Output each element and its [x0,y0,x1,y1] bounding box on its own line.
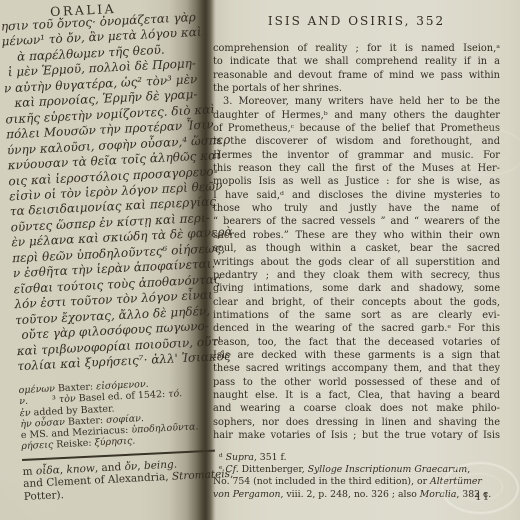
paragraph: 3. Moreover, many writers have held her … [213,95,500,442]
text-line: the portals of her shrines. [213,82,500,95]
text-line: No. 754 (not included in the third editi… [213,476,503,488]
text-line: I have said,ᵈ and discloses the divine m… [213,189,500,202]
text-line: pass to the other world possessed of the… [213,376,500,389]
text-line: sophers, nor does dressing in linen and … [213,416,500,429]
text-line: naught else. It is a fact, Clea, that ha… [213,389,500,402]
greek-body-text: ησιν τοῦ ὄντος· ὀνομάζεται γὰρμένων¹ τὸ … [1,10,211,374]
text-line: is the discoverer of wisdom and forethou… [213,135,500,148]
text-line: reason, too, the fact that the deceased … [213,336,500,349]
text-line: mopolis Isis as well as Justice : for sh… [213,175,500,188]
text-line: and wearing a coarse cloak does not make… [213,402,500,415]
text-line: of Prometheus,ᶜ because of the belief th… [213,122,500,135]
right-page-footnotes: ᵈ Supra, 351 f. ᵉ Cf. Dittenberger, Syll… [213,452,503,501]
text-line: pedantry ; and they cloak them with secr… [213,269,500,282]
text-line: soul, as though within a casket, bear th… [213,242,500,255]
text-line: those who truly and justly have the name… [213,202,500,215]
text-line: ᵈ Supra, 351 f. [213,452,503,464]
page-number: 11 [475,491,490,503]
text-line: giving intimations, some dark and shadow… [213,282,500,295]
paragraph: comprehension of reality ; for it is nam… [213,42,500,95]
text-line: Hermes the inventor of grammar and music… [213,149,500,162]
text-line: hair make votaries of Isis ; but the tru… [213,429,500,442]
text-line: intimations of the same sort as are clea… [213,309,500,322]
text-line: von Pergamon, viii. 2, p. 248, no. 326 ;… [213,489,503,501]
right-page-header: ISIS AND OSIRIS, 352 [213,14,500,28]
text-line: “ bearers of the sacred vessels ” and “ … [213,215,500,228]
text-line: these sacred writings accompany them, an… [213,362,500,375]
critical-apparatus: ομένων Baxter: εἰσόμενον.ν. ³ τὸν Basel … [18,375,231,453]
text-line: to indicate that we shall comprehend rea… [213,55,500,68]
text-line: ᵉ Cf. Dittenberger, Sylloge Inscriptionu… [213,464,503,476]
text-line: writings about the gods clear of all sup… [213,256,500,269]
text-line: 3. Moreover, many writers have held her … [213,95,500,108]
text-line: Isis are decked with these garments is a… [213,349,500,362]
english-body-text: comprehension of reality ; for it is nam… [213,42,500,442]
text-line: comprehension of reality ; for it is nam… [213,42,500,55]
text-line: clear and bright, of their concepts abou… [213,296,500,309]
text-line: sacred robes.” These are they who within… [213,229,500,242]
text-line: denced in the wearing of the sacred garb… [213,322,500,335]
text-line: reasonable and devout frame of mind we p… [213,69,500,82]
book-photo: ORALIA ησιν τοῦ ὄντος· ὀνομάζεται γὰρμέν… [0,0,520,520]
text-line: daughter of Hermes,ᵇ and many others the… [213,109,500,122]
text-line: this reason they call the first of the M… [213,162,500,175]
